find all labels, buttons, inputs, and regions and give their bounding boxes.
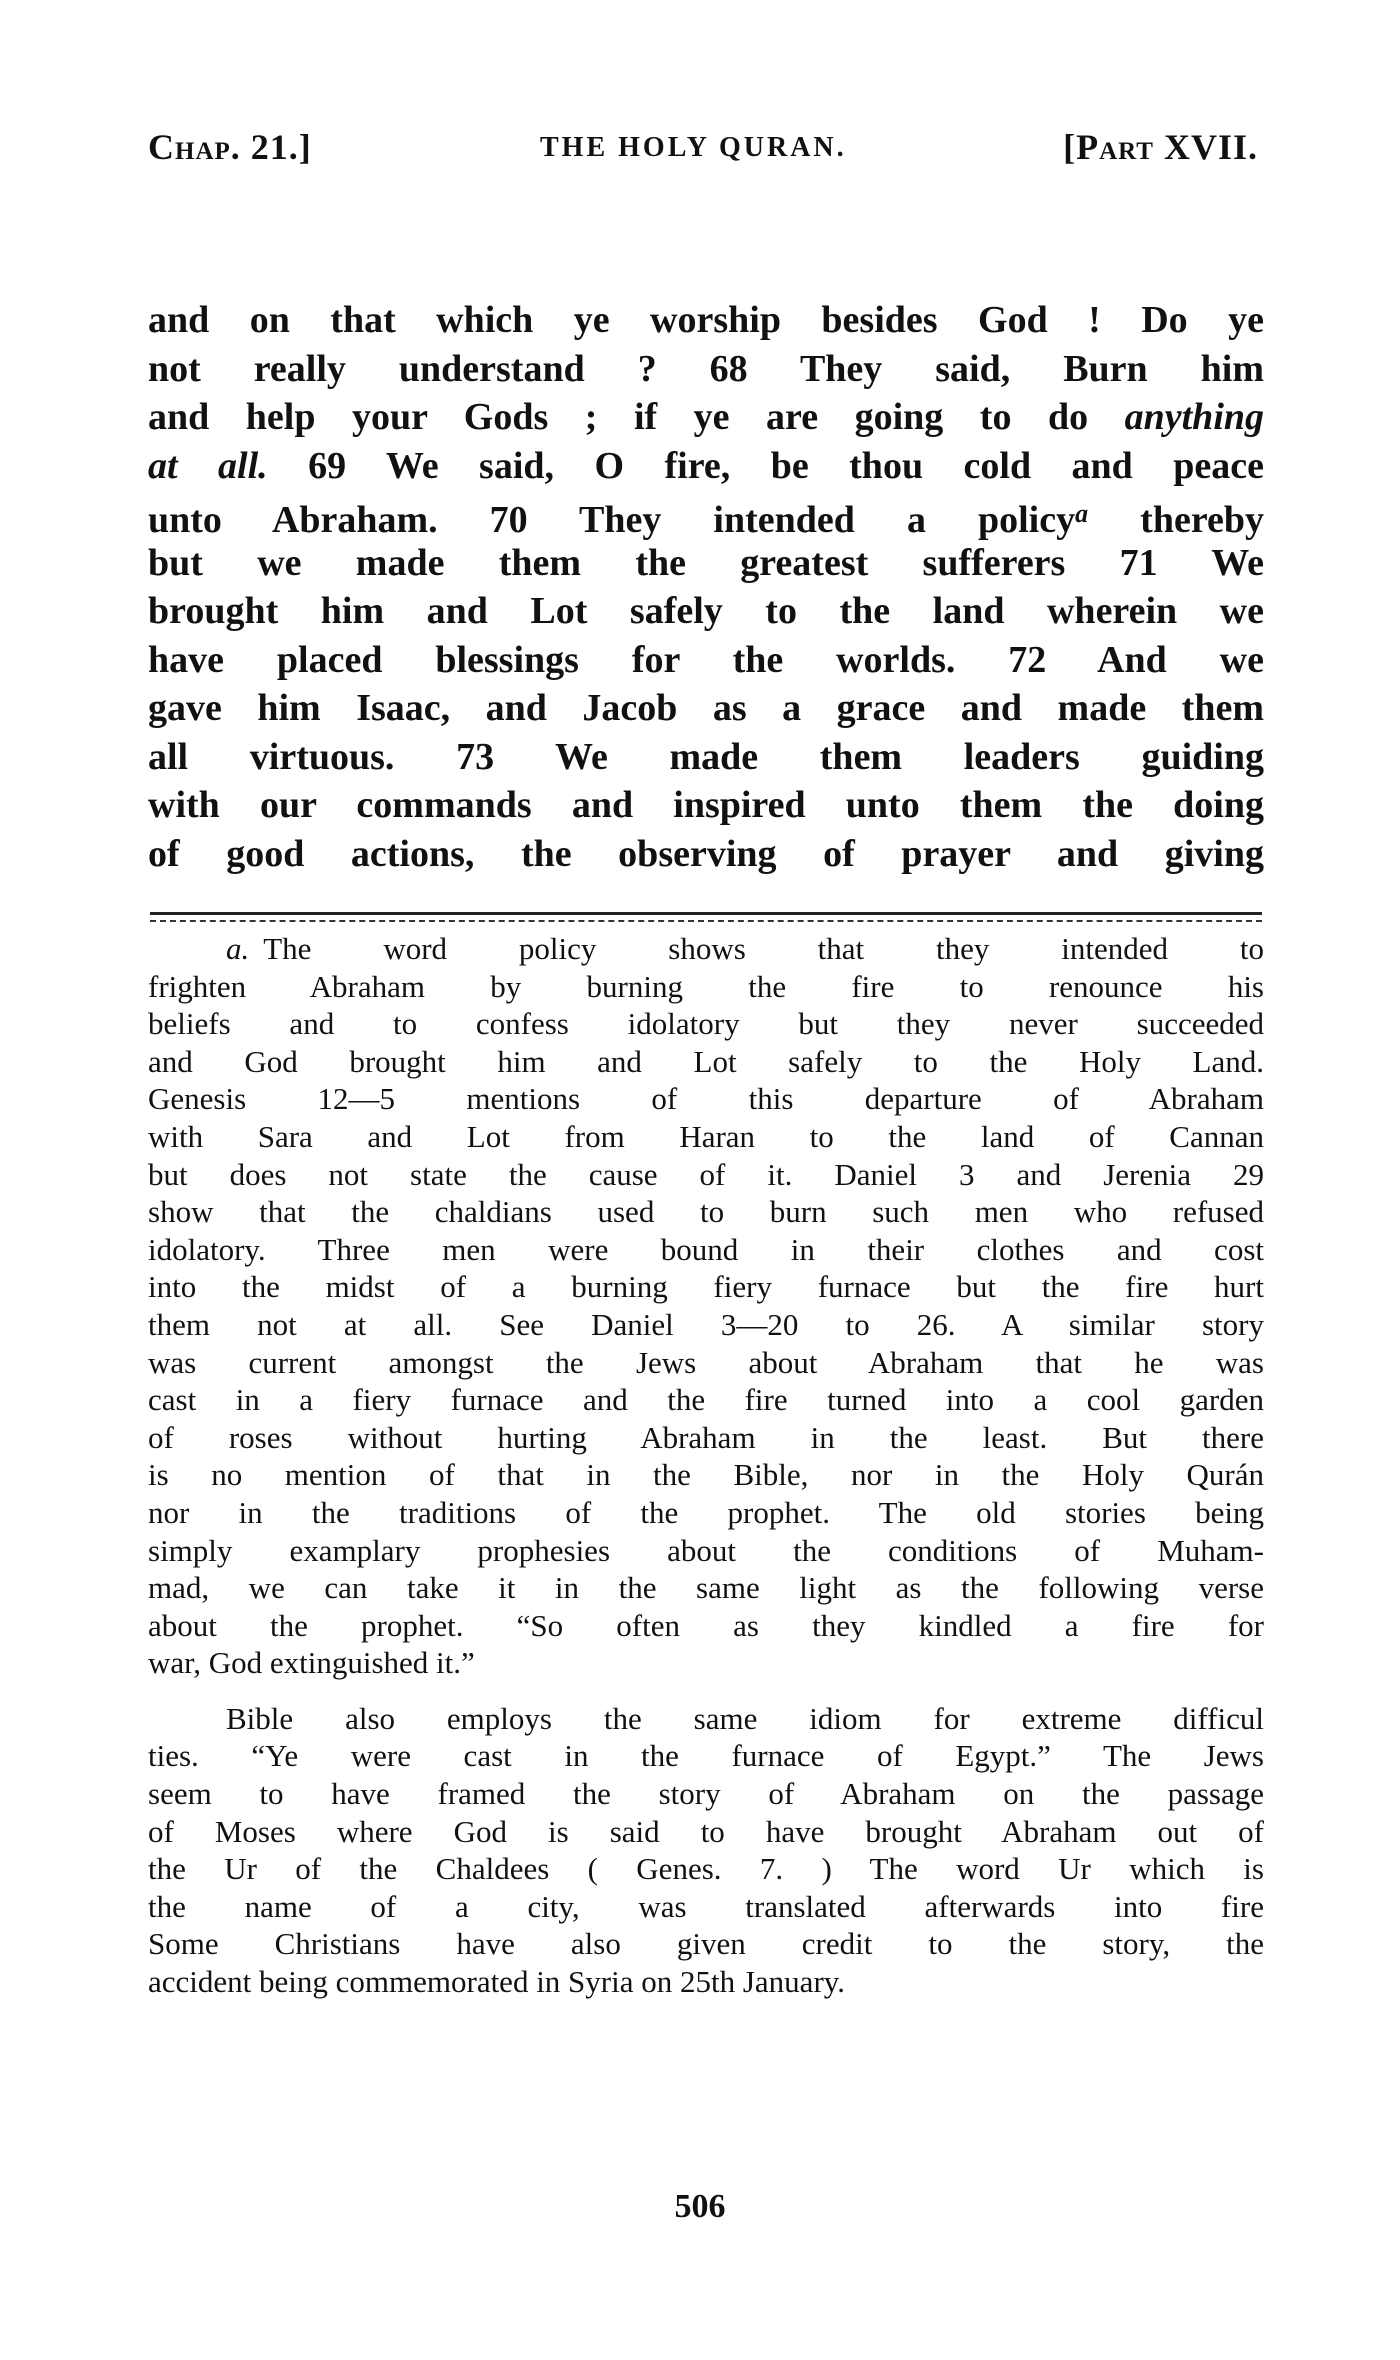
text-segment: unto Abraham. 70 They intended a policy — [148, 499, 1075, 541]
text-line: but we made them the greatest sufferers … — [148, 539, 1264, 588]
page-number: 506 — [660, 2188, 740, 2226]
text-segment: thereby — [1140, 499, 1264, 541]
part-label: [Part XVII. — [1063, 126, 1258, 168]
text-line: all virtuous. 73 We made them leaders gu… — [148, 733, 1264, 782]
footnote-line: about the prophet. “So often as they kin… — [148, 1607, 1264, 1645]
text-segment: 69 We said, O fire, be thou cold and pea… — [308, 445, 1264, 487]
text-segment: The word policy shows that they intended… — [263, 931, 1264, 966]
footnote-line: Bible also employs the same idiom for ex… — [148, 1700, 1264, 1738]
text-line: of good actions, the observing of prayer… — [148, 830, 1264, 879]
running-head: Chap. 21.] THE HOLY QURAN. [Part XVII. — [140, 126, 1270, 176]
italic-word: at all. — [148, 445, 268, 487]
book-page: Chap. 21.] THE HOLY QURAN. [Part XVII. a… — [0, 0, 1400, 2360]
chapter-label: Chap. 21.] — [148, 126, 312, 168]
footnote-line: into the midst of a burning fiery furnac… — [148, 1268, 1264, 1306]
text-line: at all. 69 We said, O fire, be thou cold… — [148, 442, 1264, 491]
footnote-line: nor in the traditions of the prophet. Th… — [148, 1494, 1264, 1532]
footnote-line: show that the chaldians used to burn suc… — [148, 1193, 1264, 1231]
footnote-line: the name of a city, was translated after… — [148, 1888, 1264, 1926]
footnote-line: frighten Abraham by burning the fire to … — [148, 968, 1264, 1006]
footnote-divider — [150, 920, 1262, 922]
footnote-line: Genesis 12—5 mentions of this departure … — [148, 1080, 1264, 1118]
footnote-line: but does not state the cause of it. Dani… — [148, 1156, 1264, 1194]
footnote-line: mad, we can take it in the same light as… — [148, 1569, 1264, 1607]
footnote-line: war, God extinguished it.” — [148, 1644, 1264, 1682]
footnote-line: seem to have framed the story of Abraham… — [148, 1775, 1264, 1813]
text-line: unto Abraham. 70 They intended a policya… — [148, 490, 1264, 539]
text-line: not really understand ? 68 They said, Bu… — [148, 345, 1264, 394]
footnote-line: simply examplary prophesies about the co… — [148, 1532, 1264, 1570]
footnote-marker[interactable]: a — [1075, 499, 1088, 528]
footnote-line: of roses without hurting Abraham in the … — [148, 1419, 1264, 1457]
footnote-line: is no mention of that in the Bible, nor … — [148, 1456, 1264, 1494]
text-line: have placed blessings for the worlds. 72… — [148, 636, 1264, 685]
footnote-line: was current amongst the Jews about Abrah… — [148, 1344, 1264, 1382]
footnote-line: the Ur of the Chaldees ( Genes. 7. ) The… — [148, 1850, 1264, 1888]
footnote-label: a. — [226, 931, 249, 966]
footnote-line: ties. “Ye were cast in the furnace of Eg… — [148, 1737, 1264, 1775]
footnote-line: them not at all. See Daniel 3—20 to 26. … — [148, 1306, 1264, 1344]
book-title: THE HOLY QURAN. — [540, 132, 847, 164]
italic-word: anything — [1125, 396, 1264, 438]
text-segment: and help your Gods ; if ye are going to … — [148, 396, 1088, 438]
footnote-line: accident being commemorated in Syria on … — [148, 1963, 1264, 2001]
text-line: and on that which ye worship besides God… — [148, 296, 1264, 345]
text-line: with our commands and inspired unto them… — [148, 781, 1264, 830]
footnote-line: a.The word policy shows that they intend… — [148, 930, 1264, 968]
footnote-line: idolatory. Three men were bound in their… — [148, 1231, 1264, 1269]
footnote: a.The word policy shows that they intend… — [148, 930, 1264, 2001]
main-text: and on that which ye worship besides God… — [148, 296, 1264, 878]
text-line: brought him and Lot safely to the land w… — [148, 587, 1264, 636]
footnote-paragraph-2: Bible also employs the same idiom for ex… — [148, 1700, 1264, 2001]
footnote-line: Some Christians have also given credit t… — [148, 1925, 1264, 1963]
footnote-line: with Sara and Lot from Haran to the land… — [148, 1118, 1264, 1156]
footnote-divider — [150, 912, 1262, 915]
footnote-line: cast in a fiery furnace and the fire tur… — [148, 1381, 1264, 1419]
footnote-line: of Moses where God is said to have broug… — [148, 1813, 1264, 1851]
text-line: gave him Isaac, and Jacob as a grace and… — [148, 684, 1264, 733]
footnote-line: beliefs and to confess idolatory but the… — [148, 1005, 1264, 1043]
text-line: and help your Gods ; if ye are going to … — [148, 393, 1264, 442]
footnote-line: and God brought him and Lot safely to th… — [148, 1043, 1264, 1081]
